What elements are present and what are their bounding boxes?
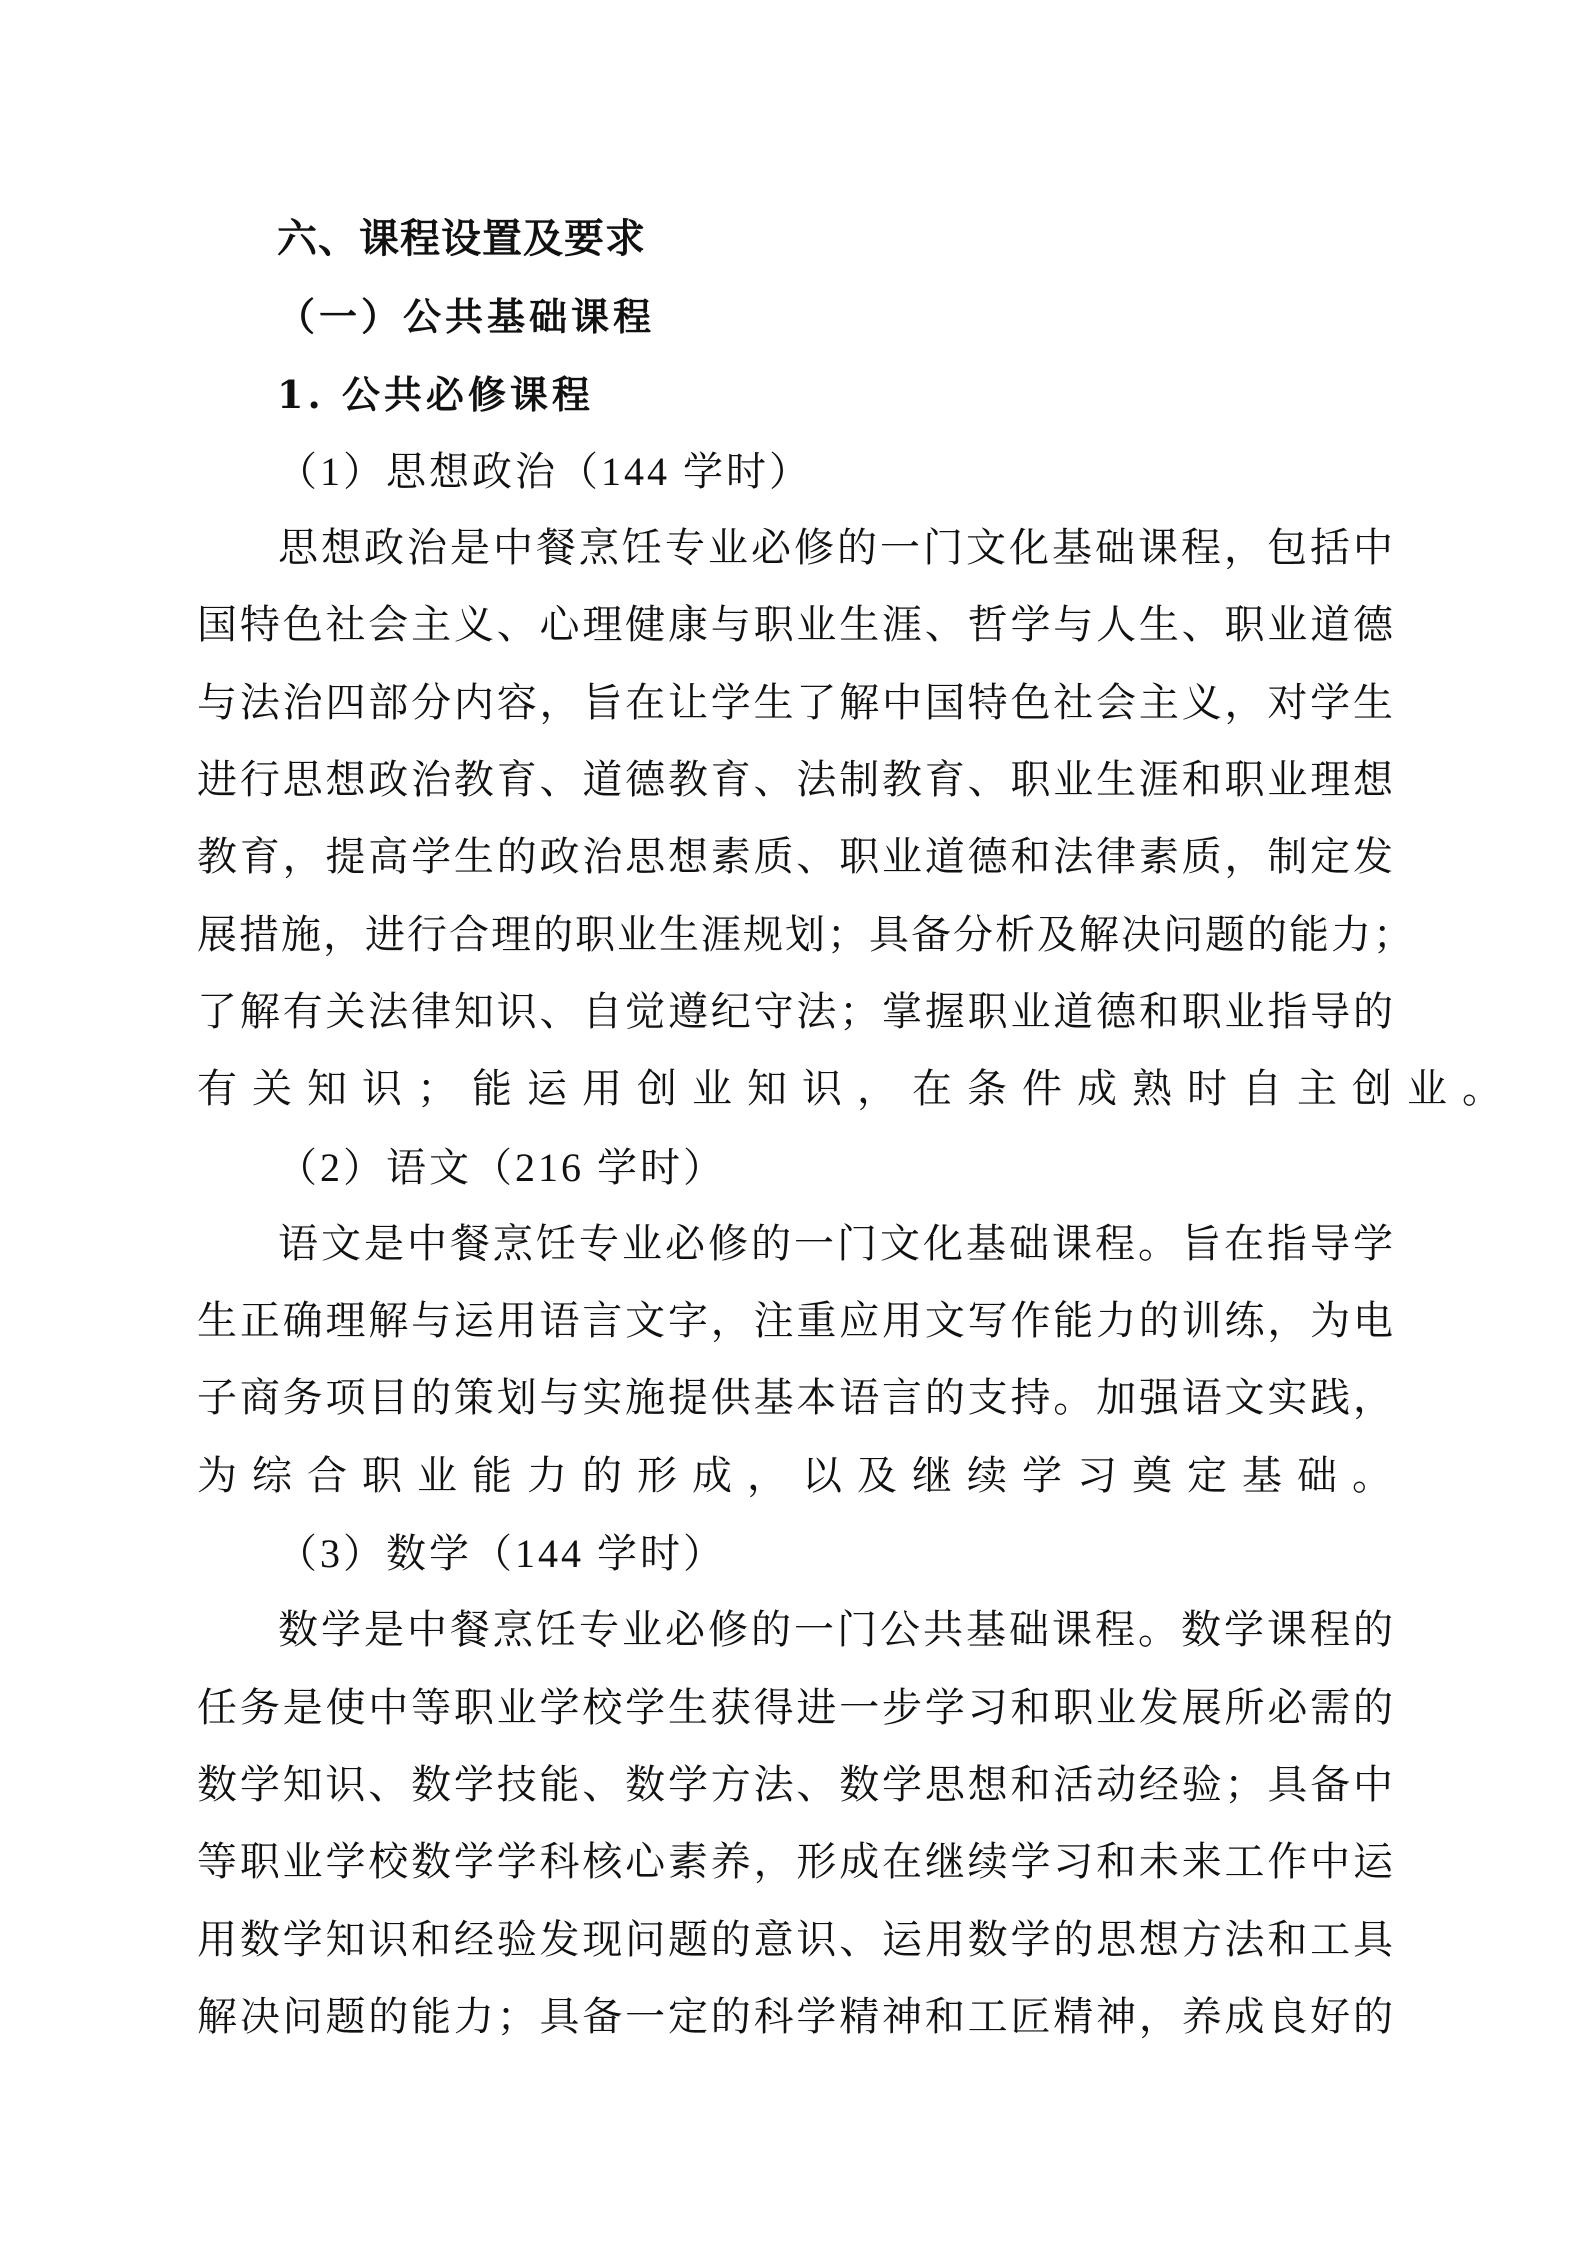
course-paragraph-math: 数学是中餐烹饪专业必修的一门公共基础课程。数学课程的 任务是使中等职业学校学生获… xyxy=(197,1592,1395,2056)
paragraph-line: 解决问题的能力；具备一定的科学精神和工匠精神，养成良好的 xyxy=(197,1979,1395,2056)
course-heading-politics: （1）思想政治（144 学时） xyxy=(197,433,1395,510)
paragraph-line: 子商务项目的策划与实施提供基本语言的支持。加强语文实践， xyxy=(197,1360,1395,1437)
paragraph-line: 思想政治是中餐烹饪专业必修的一门文化基础课程，包括中 xyxy=(197,510,1395,587)
paragraph-line: 国特色社会主义、心理健康与职业生涯、哲学与人生、职业道德 xyxy=(197,587,1395,664)
document-page: 六、课程设置及要求 （一）公共基础课程 1. 公共必修课程 （1）思想政治（14… xyxy=(197,201,1395,2056)
course-paragraph-chinese: 语文是中餐烹饪专业必修的一门文化基础课程。旨在指导学 生正确理解与运用语言文字，… xyxy=(197,1206,1395,1515)
paragraph-line: 与法治四部分内容，旨在让学生了解中国特色社会主义，对学生 xyxy=(197,665,1395,742)
paragraph-line: 展措施，进行合理的职业生涯规划；具备分析及解决问题的能力； xyxy=(197,897,1395,974)
subsection-heading: （一）公共基础课程 xyxy=(197,278,1395,355)
paragraph-line: 用数学知识和经验发现问题的意识、运用数学的思想方法和工具 xyxy=(197,1902,1395,1979)
paragraph-line: 进行思想政治教育、道德教育、法制教育、职业生涯和职业理想 xyxy=(197,742,1395,819)
course-heading-chinese: （2）语文（216 学时） xyxy=(197,1129,1395,1206)
paragraph-line: 等职业学校数学学科核心素养，形成在继续学习和未来工作中运 xyxy=(197,1824,1395,1901)
group-heading: 1. 公共必修课程 xyxy=(197,356,1395,433)
paragraph-line: 为综合职业能力的形成，以及继续学习奠定基础。 xyxy=(197,1438,1395,1515)
course-heading-math: （3）数学（144 学时） xyxy=(197,1515,1395,1592)
course-paragraph-politics: 思想政治是中餐烹饪专业必修的一门文化基础课程，包括中 国特色社会主义、心理健康与… xyxy=(197,510,1395,1128)
paragraph-line: 有关知识；能运用创业知识，在条件成熟时自主创业。 xyxy=(197,1051,1395,1128)
paragraph-line: 数学知识、数学技能、数学方法、数学思想和活动经验；具备中 xyxy=(197,1747,1395,1824)
paragraph-line: 生正确理解与运用语言文字，注重应用文写作能力的训练，为电 xyxy=(197,1283,1395,1360)
paragraph-line: 了解有关法律知识、自觉遵纪守法；掌握职业道德和职业指导的 xyxy=(197,974,1395,1051)
paragraph-line: 教育，提高学生的政治思想素质、职业道德和法律素质，制定发 xyxy=(197,819,1395,896)
paragraph-line: 数学是中餐烹饪专业必修的一门公共基础课程。数学课程的 xyxy=(197,1592,1395,1669)
paragraph-line: 语文是中餐烹饪专业必修的一门文化基础课程。旨在指导学 xyxy=(197,1206,1395,1283)
section-heading: 六、课程设置及要求 xyxy=(197,201,1395,278)
paragraph-line: 任务是使中等职业学校学生获得进一步学习和职业发展所必需的 xyxy=(197,1670,1395,1747)
